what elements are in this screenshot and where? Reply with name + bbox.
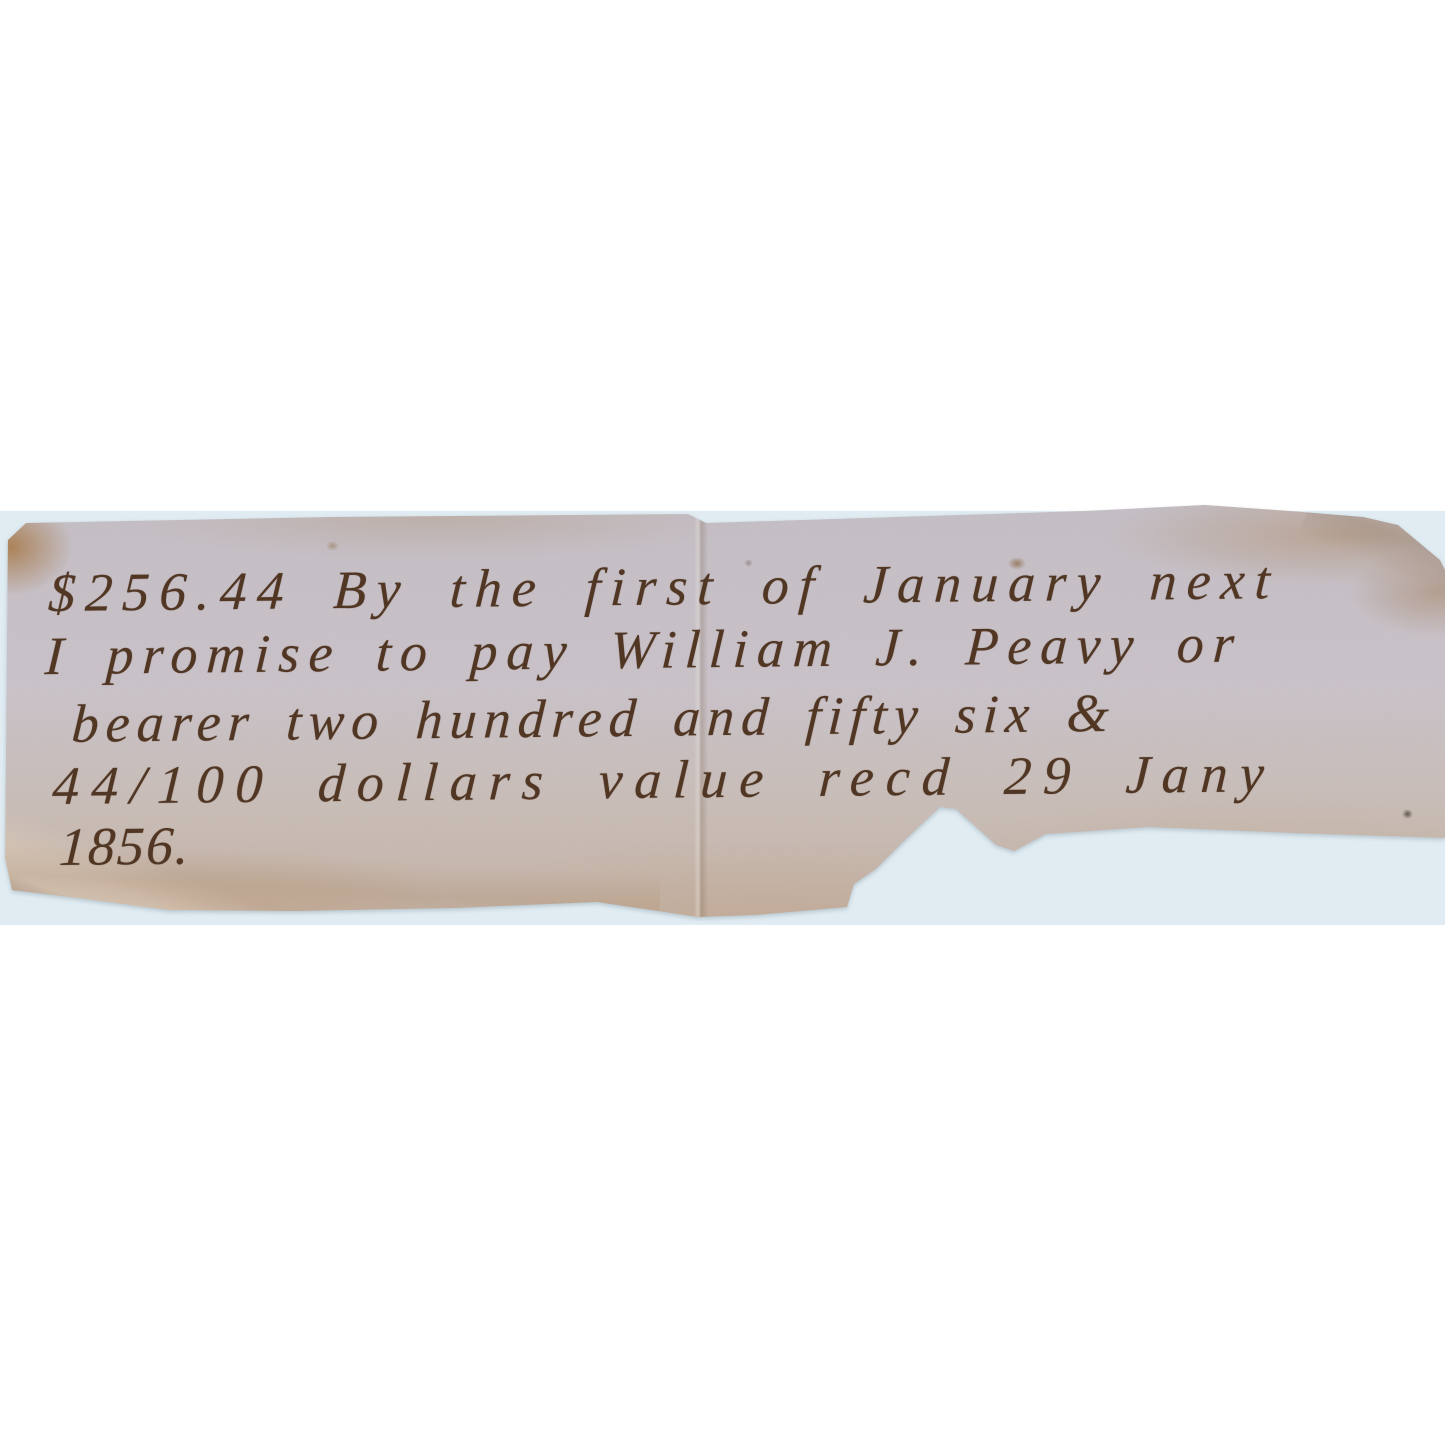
torn-paper-note: $256.44 By the first of January next I p… bbox=[0, 505, 1445, 940]
paper-shadow-wrap: $256.44 By the first of January next I p… bbox=[0, 505, 1445, 940]
handwritten-line-3: bearer two hundred and fifty six & bbox=[70, 682, 1118, 755]
handwritten-line-1: $256.44 By the first of January next bbox=[47, 549, 1282, 624]
handwritten-line-4: 44/100 dollars value recd 29 Jany bbox=[51, 742, 1278, 817]
handwritten-line-5: 1856. bbox=[57, 815, 192, 878]
scanned-document-page: $256.44 By the first of January next I p… bbox=[0, 0, 1445, 1445]
handwritten-text-block: $256.44 By the first of January next I p… bbox=[0, 497, 1445, 947]
handwritten-line-2: I promise to pay William J. Peavy or bbox=[43, 613, 1244, 688]
